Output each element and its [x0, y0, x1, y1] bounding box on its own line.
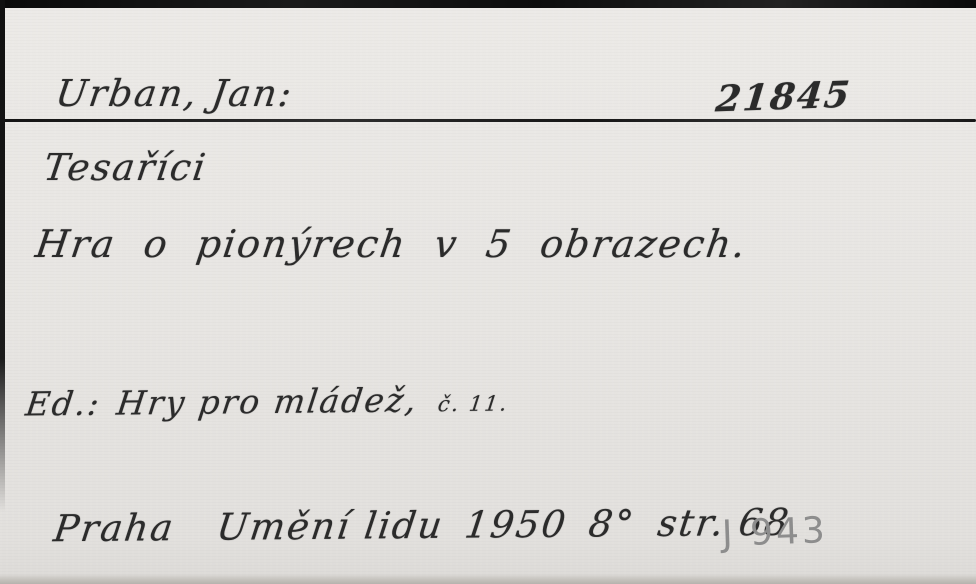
heading-rule-line [0, 119, 976, 122]
call-number: J 943 [721, 510, 828, 555]
series-volume: č. 11. [432, 391, 510, 416]
imprint-statement: Praha Umění lidu 1950 8° str. 68 [54, 501, 790, 550]
author-heading: Urban, Jan: [56, 72, 293, 115]
catalog-card: Urban, Jan: 21845 Tesaříci Hra o pionýre… [0, 0, 976, 584]
title-text: Tesaříci [41, 146, 210, 189]
accession-number-text: 21845 [714, 74, 854, 121]
author-text: Urban, Jan: [53, 72, 296, 115]
scan-edge-left [0, 0, 5, 512]
series-statement: Ed.: Hry pro mládež, č. 11. [26, 379, 509, 423]
scan-edge-top [0, 0, 976, 8]
imprint-place: Praha [51, 506, 177, 550]
series-label: Ed.: [23, 384, 103, 424]
accession-number: 21845 [715, 74, 852, 121]
imprint-format: 8° [587, 502, 639, 545]
title: Tesaříci [44, 146, 207, 189]
series-name: Hry pro mládež, [114, 380, 420, 422]
imprint-publisher: Umění lidu [214, 504, 446, 549]
scan-edge-bottom [0, 574, 976, 584]
subtitle: Hra o pionýrech v 5 obrazech. [36, 222, 747, 266]
imprint-year: 1950 [462, 503, 570, 547]
subtitle-text: Hra o pionýrech v 5 obrazech. [33, 222, 750, 266]
